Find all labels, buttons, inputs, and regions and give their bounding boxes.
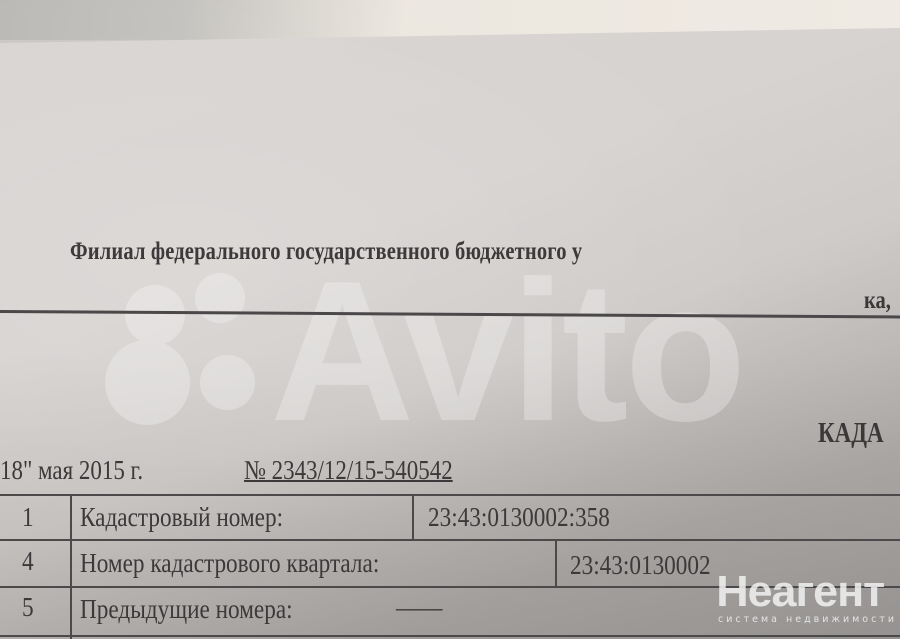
row-label: Номер кадастрового квартала:	[80, 548, 379, 579]
table-border	[0, 539, 900, 541]
document-number: № 2343/12/15-540542	[244, 455, 453, 486]
table-border	[0, 494, 900, 496]
row-value: ——	[396, 592, 442, 623]
negent-logo-text: Неагент	[716, 574, 899, 610]
row-value: 23:43:0130002	[570, 550, 711, 581]
table-border	[555, 540, 557, 587]
table-border	[0, 635, 900, 637]
negent-watermark: Неагент система недвижимости	[718, 574, 897, 625]
document-date: 18" мая 2015 г.	[0, 455, 143, 486]
row-value: 23:43:0130002:358	[428, 502, 610, 533]
document-heading: Филиал федерального государственного бюд…	[70, 238, 582, 266]
row-number: 4	[22, 546, 34, 577]
document-title: КАДА	[818, 418, 884, 450]
row-number: 5	[22, 592, 34, 623]
table-border	[70, 494, 72, 639]
document-heading-continuation: ка,	[864, 287, 891, 315]
row-label: Предыдущие номера:	[80, 594, 293, 625]
table-border	[412, 494, 414, 540]
row-label: Кадастровый номер:	[80, 502, 283, 533]
row-number: 1	[22, 502, 34, 533]
